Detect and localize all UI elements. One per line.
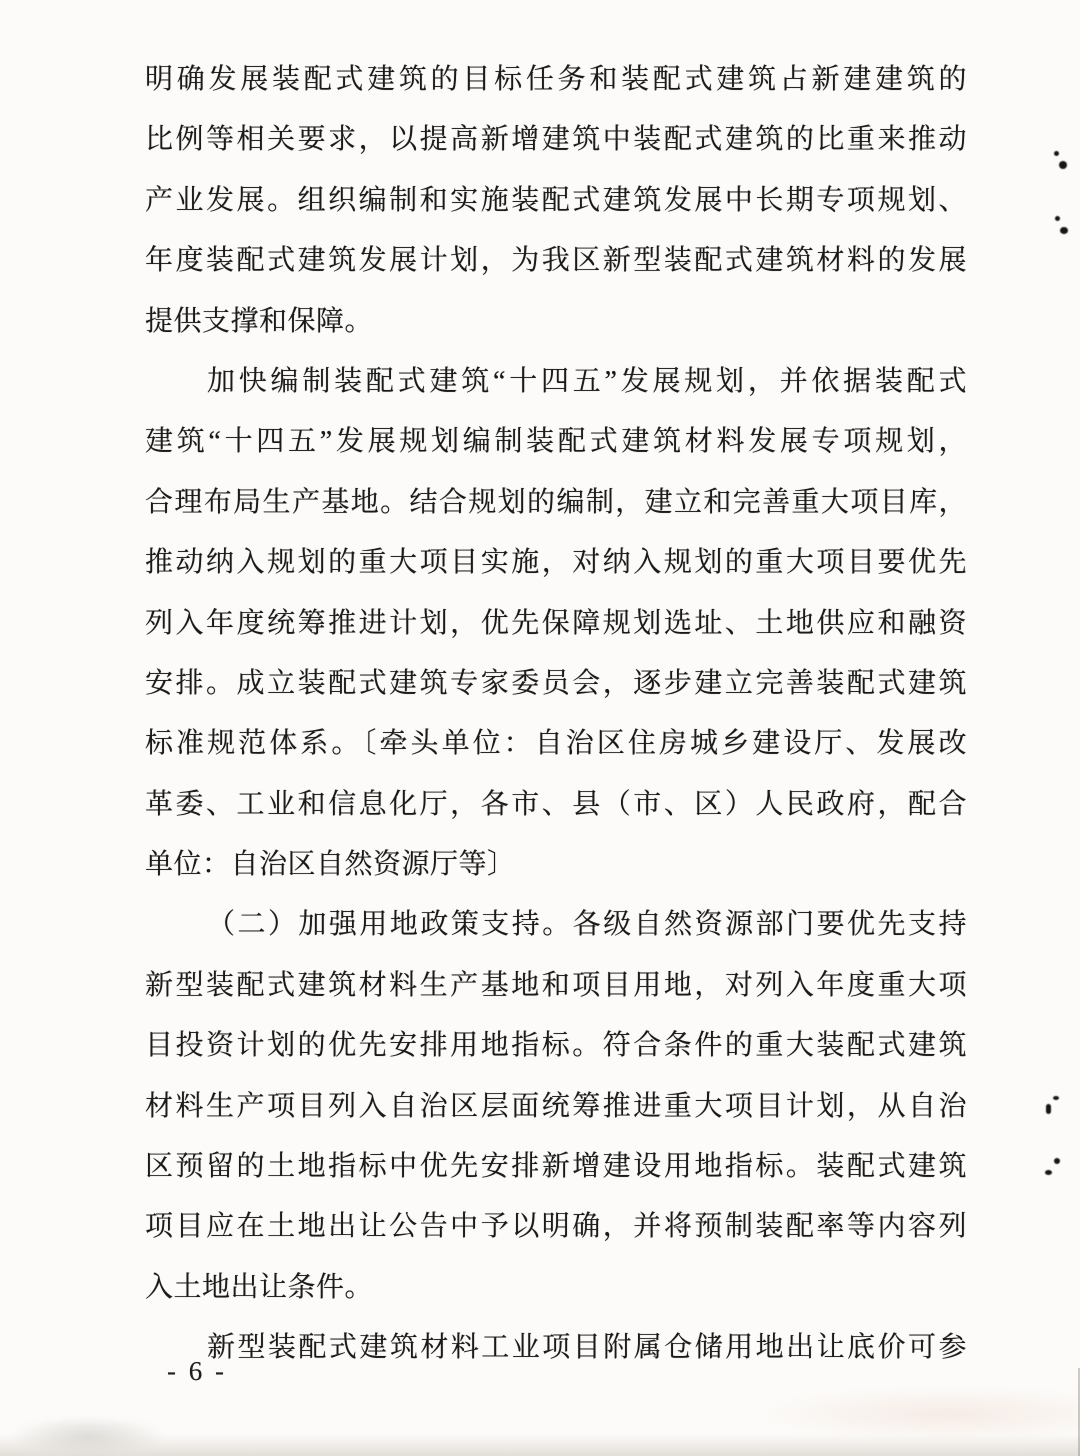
text-line: 革委、工业和信息化厅，各市、县（市、区）人民政府，配合 — [145, 775, 967, 835]
ink-speck — [1053, 1096, 1059, 1100]
text-line: 材料生产项目列入自治区层面统筹推进重大项目计划，从自治 — [145, 1077, 967, 1137]
text-line: 新型装配式建筑材料工业项目附属仓储用地出让底价可参 — [145, 1318, 967, 1378]
scan-edge-shadow — [0, 1434, 1080, 1456]
scanned-document-page: 明确发展装配式建筑的目标任务和装配式建筑占新建建筑的 比例等相关要求，以提高新增… — [0, 0, 1080, 1456]
text-line: 标准规范体系。〔牵头单位：自治区住房城乡建设厅、发展改 — [145, 714, 967, 774]
text-line: 明确发展装配式建筑的目标任务和装配式建筑占新建建筑的 — [145, 50, 967, 110]
text-line: 比例等相关要求，以提高新增建筑中装配式建筑的比重来推动 — [145, 110, 967, 170]
ink-speck — [1045, 1170, 1052, 1175]
ink-speck — [1060, 227, 1068, 234]
text-line: 新型装配式建筑材料生产基地和项目用地，对列入年度重大项 — [145, 956, 967, 1016]
ink-speck — [1055, 216, 1060, 221]
text-line: （二）加强用地政策支持。各级自然资源部门要优先支持 — [145, 895, 967, 955]
text-line: 年度装配式建筑发展计划，为我区新型装配式建筑材料的发展 — [145, 231, 967, 291]
text-line: 目投资计划的优先安排用地指标。符合条件的重大装配式建筑 — [145, 1016, 967, 1076]
text-line: 入土地出让条件。 — [145, 1258, 967, 1318]
text-line: 合理布局生产基地。结合规划的编制，建立和完善重大项目库， — [145, 473, 967, 533]
text-line: 项目应在土地出让公告中予以明确，并将预制装配率等内容列 — [145, 1197, 967, 1257]
text-line: 产业发展。组织编制和实施装配式建筑发展中长期专项规划、 — [145, 171, 967, 231]
text-line: 安排。成立装配式建筑专家委员会，逐步建立完善装配式建筑 — [145, 654, 967, 714]
ink-speck — [1054, 151, 1059, 156]
text-line: 区预留的土地指标中优先安排新增建设用地指标。装配式建筑 — [145, 1137, 967, 1197]
text-line: 加快编制装配式建筑“十四五”发展规划，并依据装配式 — [145, 352, 967, 412]
document-body-text: 明确发展装配式建筑的目标任务和装配式建筑占新建建筑的 比例等相关要求，以提高新增… — [145, 50, 967, 1379]
text-line: 提供支撑和保障。 — [145, 292, 967, 352]
ink-speck — [1046, 1104, 1051, 1114]
ink-speck — [1059, 161, 1067, 169]
page-number: - 6 - — [167, 1356, 227, 1387]
ink-speck — [1054, 1158, 1060, 1164]
text-line: 推动纳入规划的重大项目实施，对纳入规划的重大项目要优先 — [145, 533, 967, 593]
text-line: 列入年度统筹推进计划，优先保障规划选址、土地供应和融资 — [145, 594, 967, 654]
text-line: 建筑“十四五”发展规划编制装配式建筑材料发展专项规划， — [145, 412, 967, 472]
text-line: 单位：自治区自然资源厅等〕 — [145, 835, 967, 895]
